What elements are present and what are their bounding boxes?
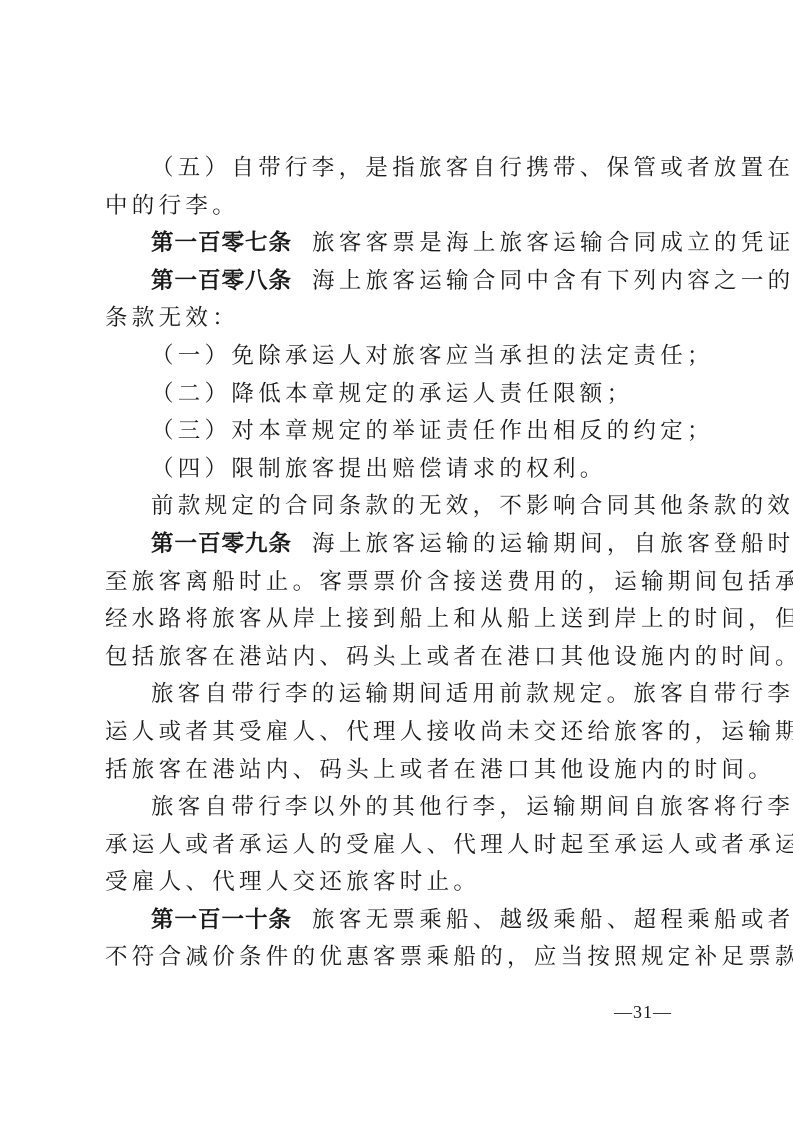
paragraph-line: 不符合减价条件的优惠客票乘船的，应当按照规定补足票款，承 (105, 939, 697, 977)
line-text: 旅客客票是海上旅客运输合同成立的凭证。 (312, 230, 793, 256)
document-body: （五）自带行李，是指旅客自行携带、保管或者放置在客舱 中的行李。 第一百零七条旅… (105, 150, 697, 977)
paragraph-line: 前款规定的合同条款的无效，不影响合同其他条款的效力。 (105, 488, 697, 526)
list-item: （三）对本章规定的举证责任作出相反的约定； (105, 413, 697, 451)
article-109: 第一百零九条海上旅客运输的运输期间，自旅客登船时起 (105, 526, 697, 564)
article-heading: 第一百零七条 (151, 230, 292, 256)
line-text: （四）限制旅客提出赔偿请求的权利。 (151, 456, 607, 482)
paragraph-line: 运人或者其受雇人、代理人接收尚未交还给旅客的，运输期间包 (105, 714, 697, 752)
line-text: 经水路将旅客从岸上接到船上和从船上送到岸上的时间，但是不 (105, 606, 793, 632)
paragraph-line: 承运人或者承运人的受雇人、代理人时起至承运人或者承运人的 (105, 827, 697, 865)
line-text: 海上旅客运输合同中含有下列内容之一的 (312, 268, 793, 294)
paragraph-line: 包括旅客在港站内、码头上或者在港口其他设施内的时间。 (105, 639, 697, 677)
paragraph-line: 中的行李。 (105, 188, 697, 226)
paragraph-line: 旅客自带行李的运输期间适用前款规定。旅客自带行李由承 (105, 676, 697, 714)
line-text: （三）对本章规定的举证责任作出相反的约定； (151, 418, 714, 444)
article-heading: 第一百一十条 (151, 907, 292, 933)
line-text: 不符合减价条件的优惠客票乘船的，应当按照规定补足票款，承 (105, 944, 793, 970)
line-text: 包括旅客在港站内、码头上或者在港口其他设施内的时间。 (105, 644, 793, 670)
line-text: 中的行李。 (105, 193, 239, 219)
line-text: 旅客无票乘船、越级乘船、超程乘船或者持 (312, 907, 793, 933)
line-text: 旅客自带行李以外的其他行李，运输期间自旅客将行李交付 (151, 794, 793, 820)
article-107: 第一百零七条旅客客票是海上旅客运输合同成立的凭证。 (105, 225, 697, 263)
line-text: （一）免除承运人对旅客应当承担的法定责任； (151, 343, 714, 369)
paragraph-line: 经水路将旅客从岸上接到船上和从船上送到岸上的时间，但是不 (105, 601, 697, 639)
paragraph-line: 受雇人、代理人交还旅客时止。 (105, 864, 697, 902)
line-text: 承运人或者承运人的受雇人、代理人时起至承运人或者承运人的 (105, 832, 793, 858)
line-text: （五）自带行李，是指旅客自行携带、保管或者放置在客舱 (151, 155, 793, 181)
line-text: 前款规定的合同条款的无效，不影响合同其他条款的效力。 (151, 493, 793, 519)
article-heading: 第一百零九条 (151, 531, 292, 557)
line-text: 至旅客离船时止。客票票价含接送费用的，运输期间包括承运人 (105, 569, 793, 595)
article-110: 第一百一十条旅客无票乘船、越级乘船、超程乘船或者持 (105, 902, 697, 940)
paragraph-line: 旅客自带行李以外的其他行李，运输期间自旅客将行李交付 (105, 789, 697, 827)
line-text: 条款无效： (105, 305, 239, 331)
paragraph-line: 至旅客离船时止。客票票价含接送费用的，运输期间包括承运人 (105, 564, 697, 602)
list-item: （四）限制旅客提出赔偿请求的权利。 (105, 451, 697, 489)
line-text: 旅客自带行李的运输期间适用前款规定。旅客自带行李由承 (151, 681, 793, 707)
list-item: （二）降低本章规定的承运人责任限额； (105, 376, 697, 414)
list-item: （一）免除承运人对旅客应当承担的法定责任； (105, 338, 697, 376)
line-text: （二）降低本章规定的承运人责任限额； (151, 381, 633, 407)
paragraph-line: 括旅客在港站内、码头上或者在港口其他设施内的时间。 (105, 752, 697, 790)
line-text: 海上旅客运输的运输期间，自旅客登船时起 (312, 531, 793, 557)
article-108: 第一百零八条海上旅客运输合同中含有下列内容之一的 (105, 263, 697, 301)
line-text: 受雇人、代理人交还旅客时止。 (105, 869, 480, 895)
line-text: 运人或者其受雇人、代理人接收尚未交还给旅客的，运输期间包 (105, 719, 793, 745)
article-heading: 第一百零八条 (151, 268, 292, 294)
line-text: 括旅客在港站内、码头上或者在港口其他设施内的时间。 (105, 757, 775, 783)
paragraph-line: （五）自带行李，是指旅客自行携带、保管或者放置在客舱 (105, 150, 697, 188)
page-number: —31— (614, 1002, 672, 1023)
paragraph-line: 条款无效： (105, 300, 697, 338)
